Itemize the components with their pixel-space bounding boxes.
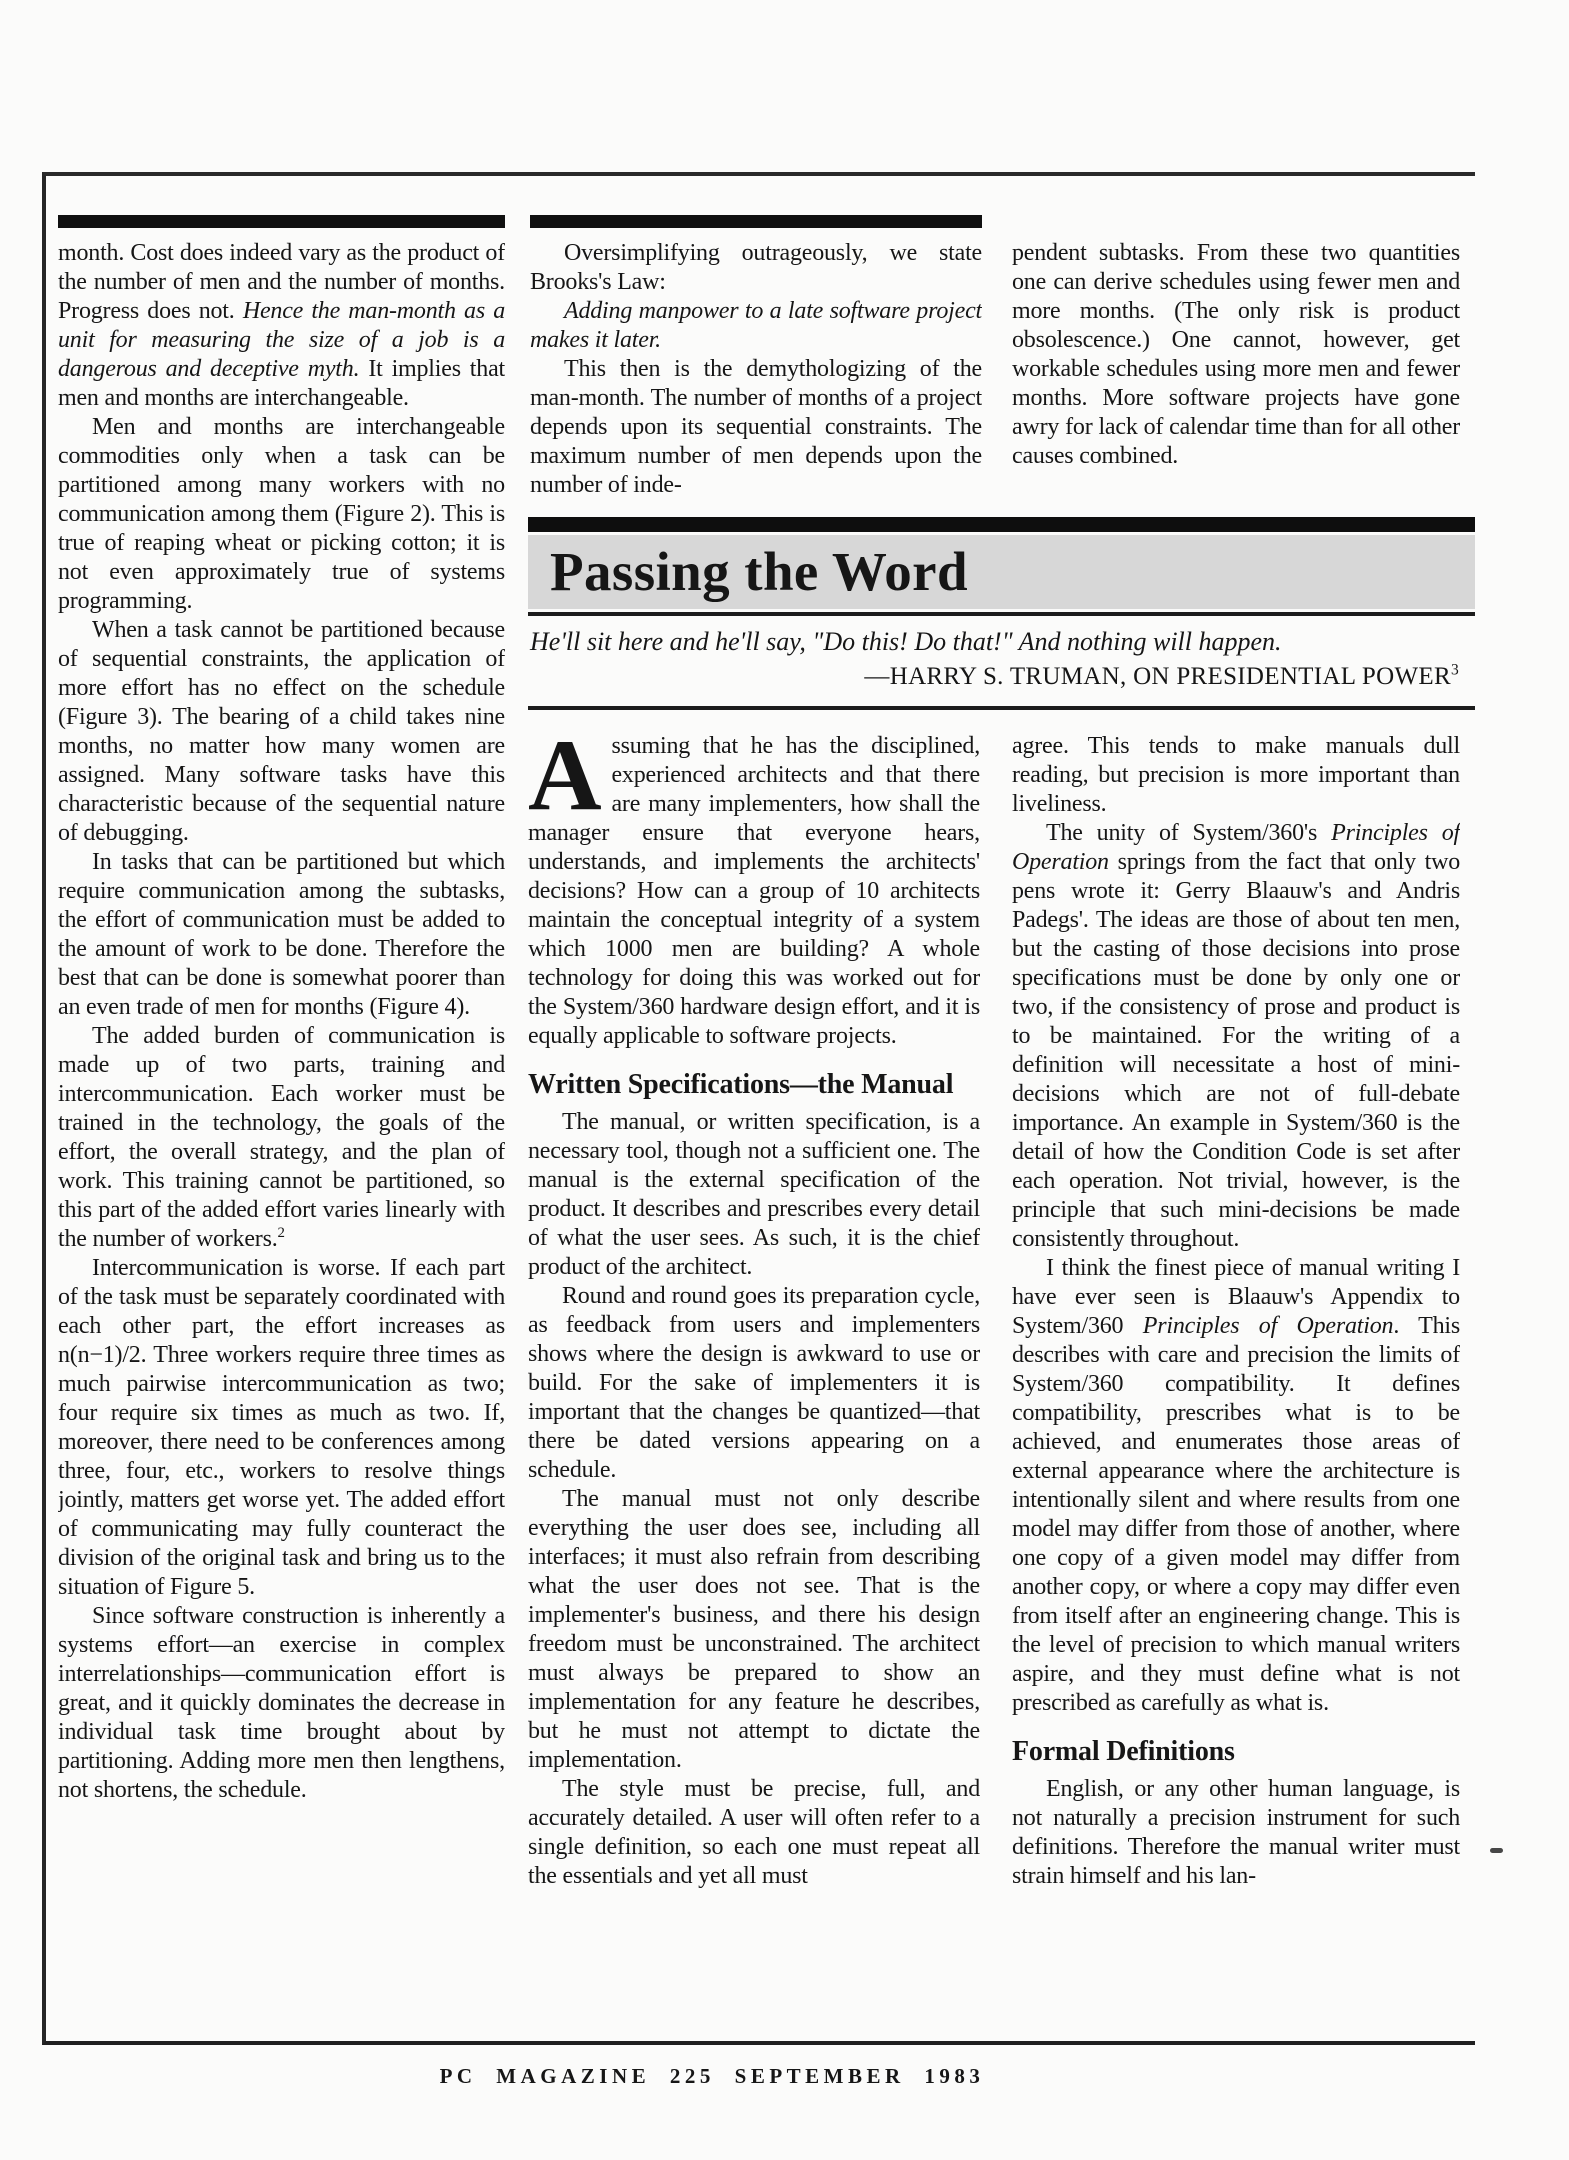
paragraph: When a task cannot be partitioned becaus… [58, 616, 505, 848]
article-column-right: agree. This tends to make manuals dull r… [1012, 732, 1460, 1891]
text-run: When a task cannot be partitioned becaus… [58, 617, 505, 846]
paragraph: Assuming that he has the disciplined, ex… [528, 732, 980, 1051]
text-run: Adding manpower to a late software proje… [530, 298, 982, 353]
attribution-text: —HARRY S. TRUMAN, ON PRESIDENTIAL POWER [864, 663, 1451, 690]
epigraph-quote: He'll sit here and he'll say, "Do this! … [530, 625, 1473, 659]
text-run: pendent subtasks. From these two quantit… [1012, 240, 1460, 469]
text-run: Round and round goes its preparation cyc… [528, 1283, 980, 1483]
text-run: Principles of Operation [1143, 1313, 1394, 1339]
epigraph: He'll sit here and he'll say, "Do this! … [528, 616, 1475, 703]
paragraph: Men and months are interchangeable commo… [58, 413, 505, 616]
paragraph: The unity of System/360's Principles of … [1012, 819, 1460, 1254]
article-section: Passing the Word He'll sit here and he'l… [528, 517, 1475, 1891]
top-rule-col1 [58, 215, 505, 228]
column-2-text: Oversimplifying outrageously, we state B… [530, 239, 982, 509]
paragraph: Oversimplifying outrageously, we state B… [530, 239, 982, 297]
paragraph: agree. This tends to make manuals dull r… [1012, 732, 1460, 819]
epigraph-attribution: —HARRY S. TRUMAN, ON PRESIDENTIAL POWER3 [530, 661, 1459, 693]
text-run: Oversimplifying outrageously, we state B… [530, 240, 982, 295]
paragraph: The manual must not only describe everyt… [528, 1485, 980, 1775]
paragraph: This then is the demythologizing of the … [530, 355, 982, 500]
text-run: The added burden of communication is mad… [58, 1023, 505, 1252]
text-run: Since software construction is inherentl… [58, 1603, 505, 1803]
text-run: The unity of System/360's [1046, 820, 1331, 846]
text-run: The style must be precise, full, and acc… [528, 1776, 980, 1889]
paragraph: The style must be precise, full, and acc… [528, 1775, 980, 1891]
attribution-footnote-marker: 3 [1451, 662, 1459, 679]
article-title: Passing the Word [528, 535, 1475, 609]
paragraph: Intercommunication is worse. If each par… [58, 1254, 505, 1602]
paragraph: The manual, or written specification, is… [528, 1108, 980, 1282]
article-columns: Assuming that he has the disciplined, ex… [528, 732, 1475, 1891]
subheading: Written Specifications—the Manual [528, 1069, 980, 1100]
paragraph: pendent subtasks. From these two quantit… [1012, 239, 1460, 471]
drop-cap: A [528, 732, 611, 816]
text-run: Intercommunication is worse. If each par… [58, 1255, 505, 1600]
text-run: . This describes with care and precision… [1012, 1313, 1460, 1716]
article-column-left: Assuming that he has the disciplined, ex… [528, 732, 980, 1891]
paragraph: I think the finest piece of manual writi… [1012, 1254, 1460, 1718]
text-run: Men and months are interchangeable commo… [58, 414, 505, 614]
paragraph: In tasks that can be partitioned but whi… [58, 848, 505, 1022]
page-footer: PC MAGAZINE 225 SEPTEMBER 1983 [42, 2064, 1382, 2089]
article-top-rule [528, 517, 1475, 532]
text-run: springs from the fact that only two pens… [1012, 849, 1460, 1252]
text-run: In tasks that can be partitioned but whi… [58, 849, 505, 1020]
top-rule-col2 [530, 215, 982, 228]
headline-band: Passing the Word [528, 535, 1475, 609]
paragraph: Adding manpower to a late software proje… [530, 297, 982, 355]
text-run: 2 [278, 1225, 285, 1241]
text-run: The manual must not only describe everyt… [528, 1486, 980, 1773]
text-run: The manual, or written specification, is… [528, 1109, 980, 1280]
paragraph: Round and round goes its preparation cyc… [528, 1282, 980, 1485]
epigraph-underline [528, 706, 1475, 710]
text-run: English, or any other human language, is… [1012, 1776, 1460, 1889]
paragraph: month. Cost does indeed vary as the prod… [58, 239, 505, 413]
text-run: This then is the demythologizing of the … [530, 356, 982, 498]
column-1-text: month. Cost does indeed vary as the prod… [58, 239, 505, 2039]
paragraph: The added burden of communication is mad… [58, 1022, 505, 1254]
paragraph: Since software construction is inherentl… [58, 1602, 505, 1805]
paragraph: English, or any other human language, is… [1012, 1775, 1460, 1891]
scan-artifact-dot [1490, 1848, 1503, 1853]
subheading: Formal Definitions [1012, 1736, 1460, 1767]
text-run: agree. This tends to make manuals dull r… [1012, 733, 1460, 817]
column-3-text: pendent subtasks. From these two quantit… [1012, 239, 1460, 509]
